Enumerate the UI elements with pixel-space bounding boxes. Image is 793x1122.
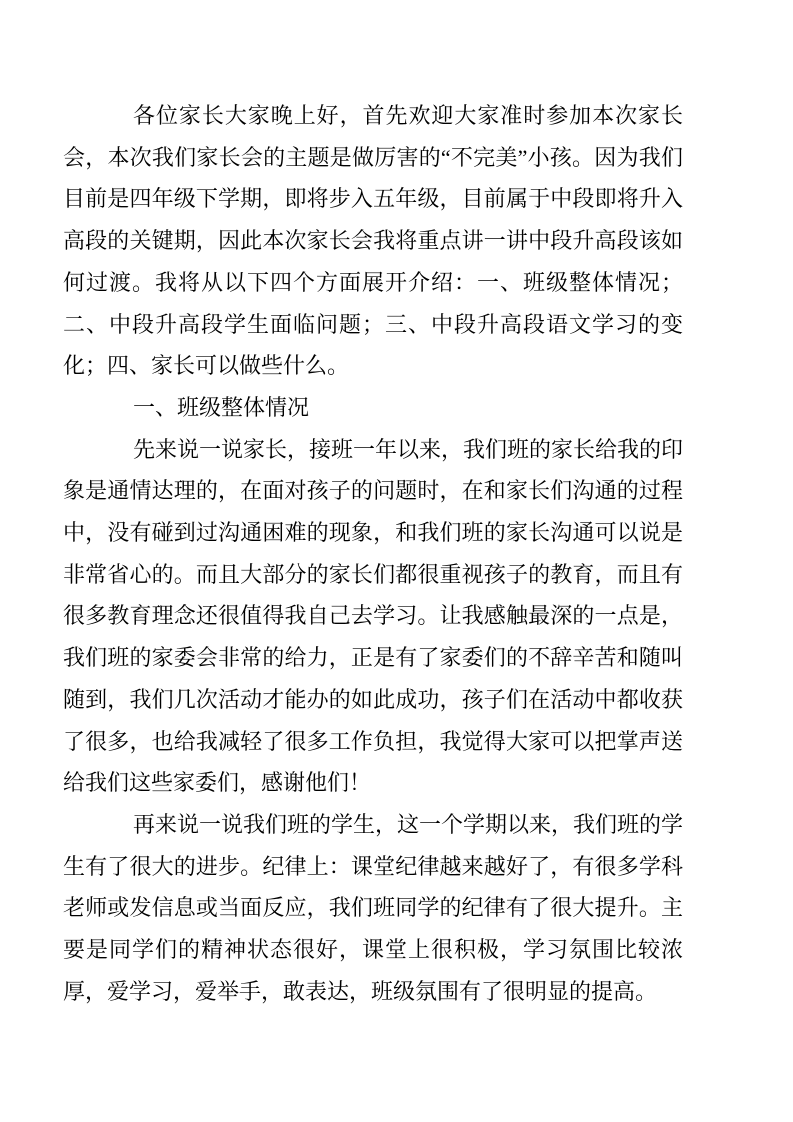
paragraph-about-students: 再来说一说我们班的学生，这一个学期以来，我们班的学生有了很大的进步。纪律上：课堂… [63,804,683,1013]
section-heading-class-overview: 一、班级整体情况 [63,387,683,429]
paragraph-about-parents: 先来说一说家长，接班一年以来，我们班的家长给我的印象是通情达理的，在面对孩子的问… [63,429,683,804]
document-page: 各位家长大家晚上好，首先欢迎大家准时参加本次家长会，本次我们家长会的主题是做厉害… [0,0,793,1122]
document-content: 各位家长大家晚上好，首先欢迎大家准时参加本次家长会，本次我们家长会的主题是做厉害… [63,95,683,1012]
paragraph-meeting-intro: 各位家长大家晚上好，首先欢迎大家准时参加本次家长会，本次我们家长会的主题是做厉害… [63,95,683,387]
